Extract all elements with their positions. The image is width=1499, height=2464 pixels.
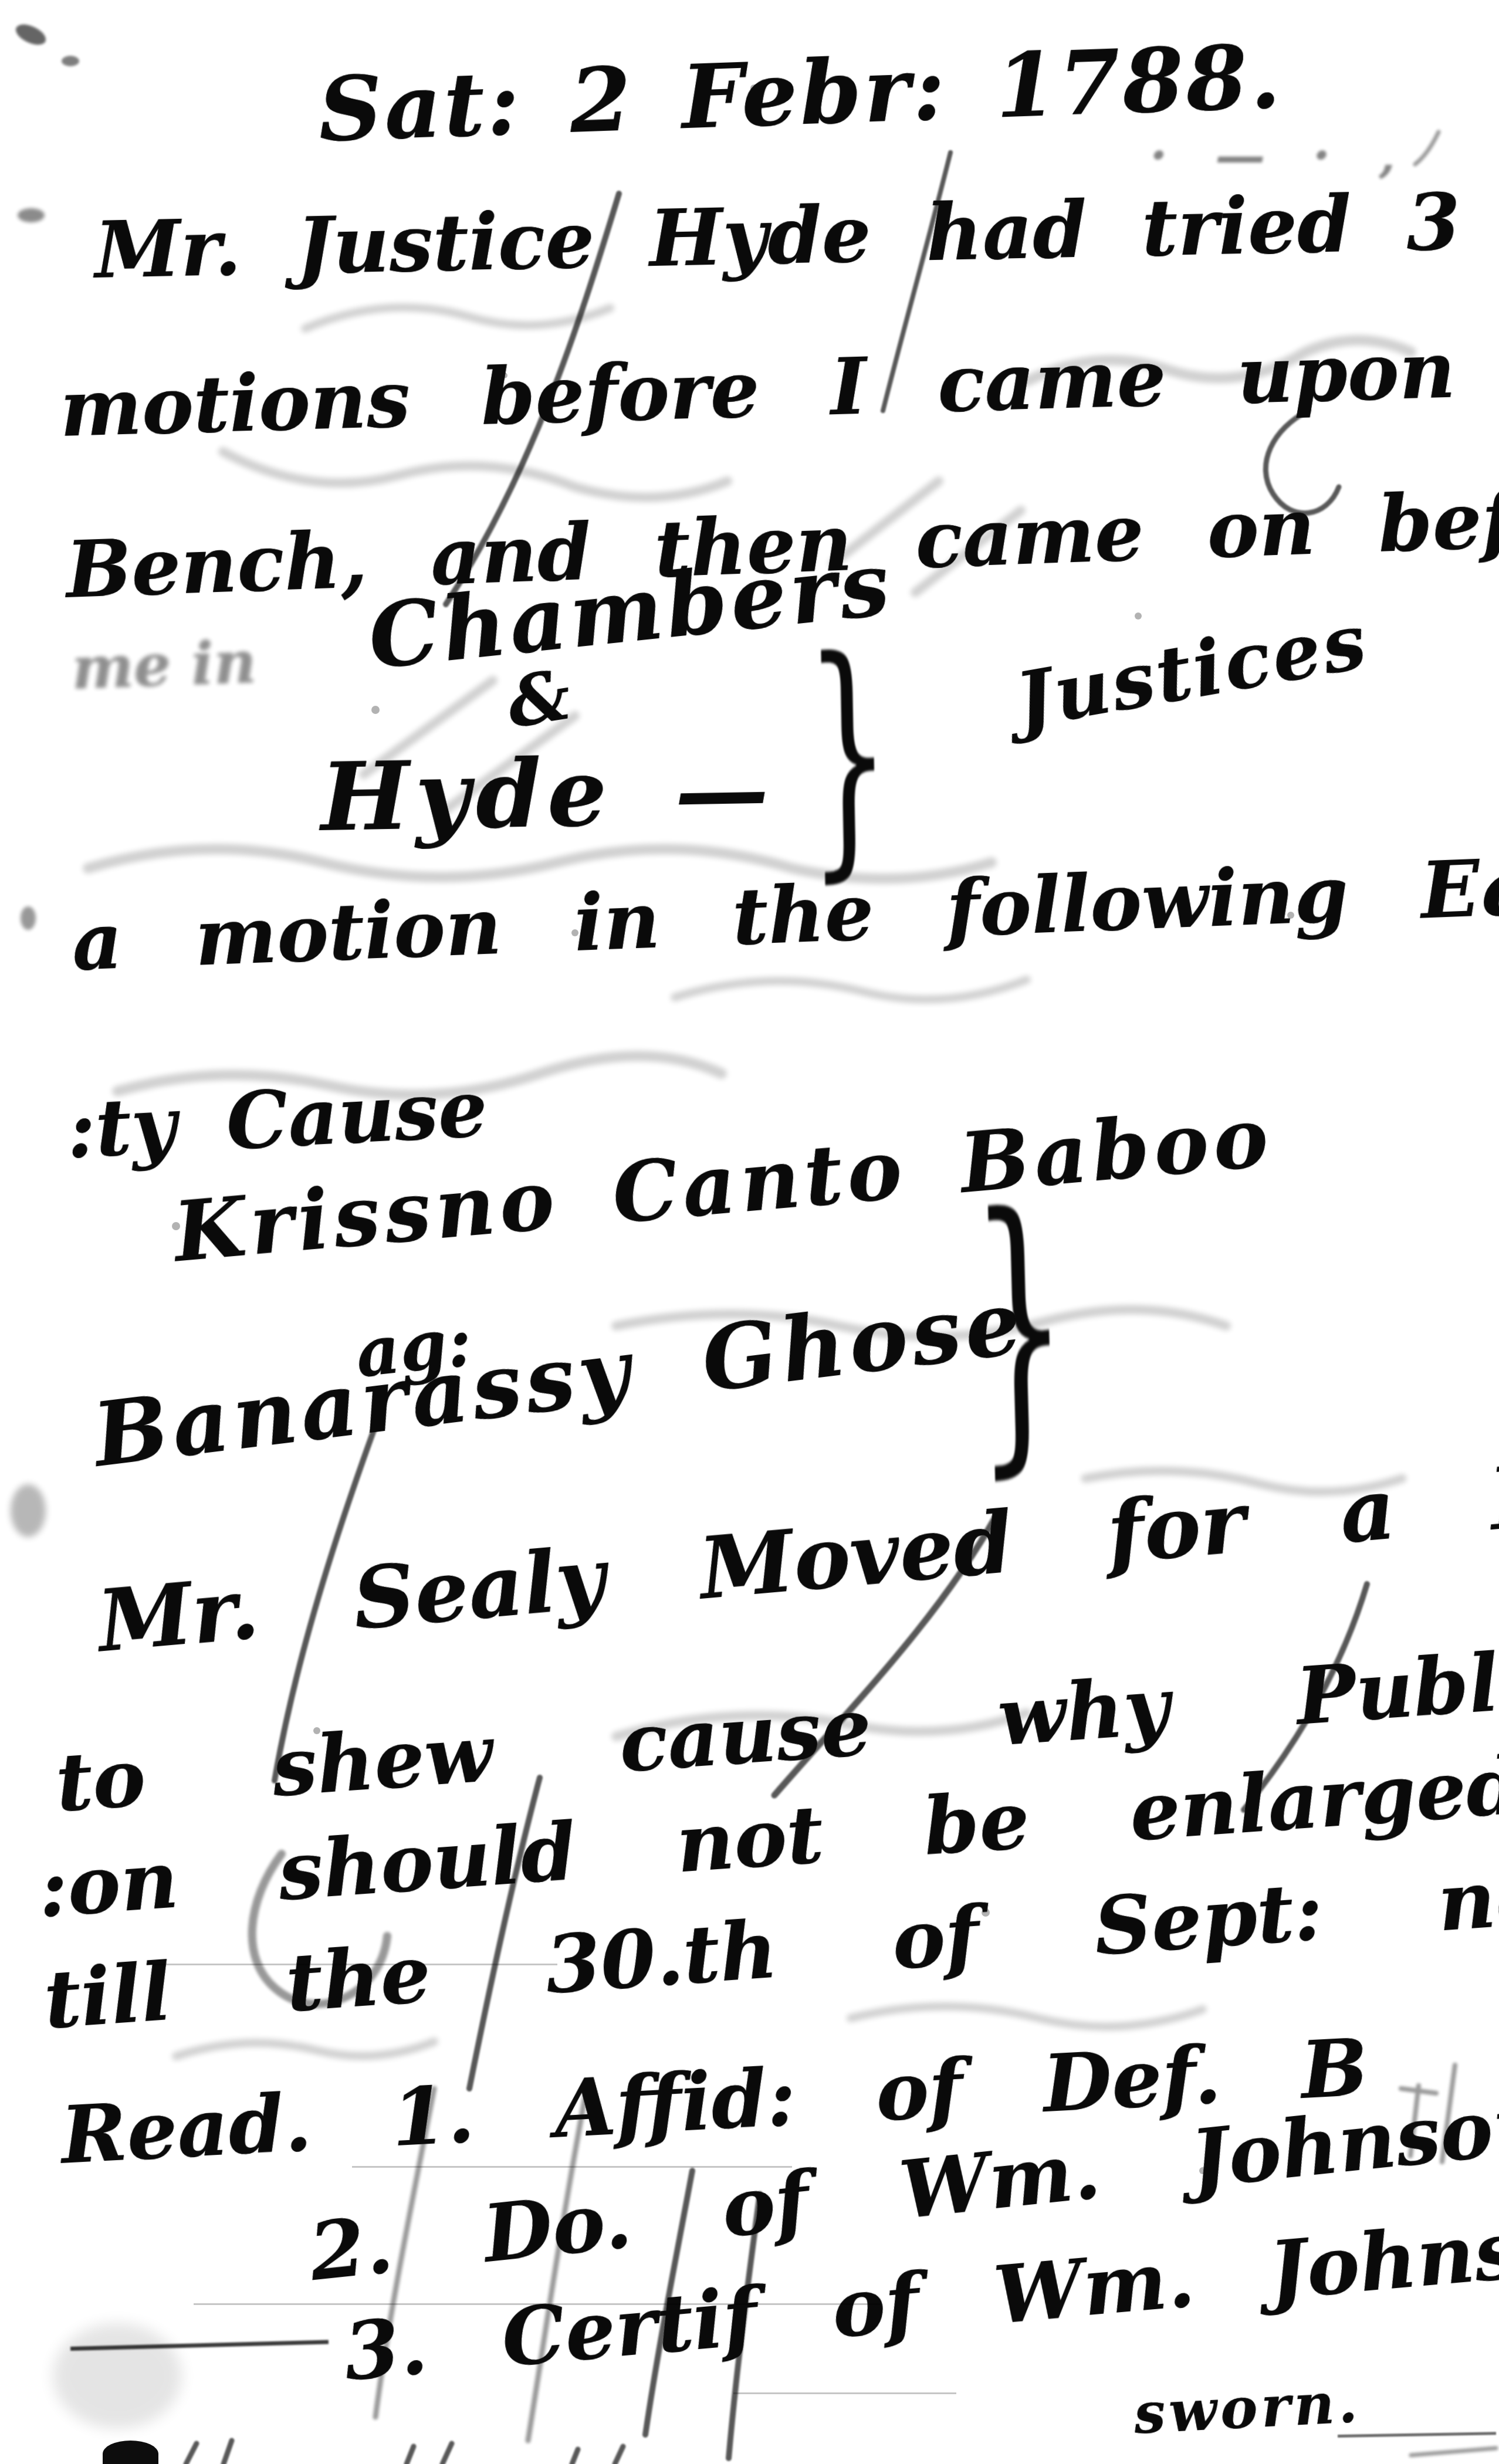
ampersand-mark: & xyxy=(502,653,576,743)
ink-smudge xyxy=(18,208,45,222)
ink-blot xyxy=(103,2441,158,2464)
sworn-note: sworn. xyxy=(1132,2370,1362,2447)
scan-artifact-line xyxy=(733,2392,956,2394)
scan-artifact-line xyxy=(194,2303,880,2305)
scan-artifact-line xyxy=(147,1964,557,1965)
paper-grain-shadow xyxy=(53,2323,182,2429)
heading-ink-flourish: · — · ‚ xyxy=(1150,126,1411,185)
manuscript-page: Sat: 2 Febr: 1788. · — · ‚ Mr. Justice H… xyxy=(0,0,1499,2464)
ink-smudge xyxy=(21,906,36,930)
ink-blot xyxy=(62,56,79,66)
ink-smudge xyxy=(11,1484,46,1537)
judge-name: Hyde — xyxy=(320,735,776,852)
scan-artifact-line xyxy=(352,2166,792,2168)
curly-brace-cause: } xyxy=(968,1149,1072,1507)
curly-brace-justices: } xyxy=(804,604,893,906)
faint-marginal-words: me in xyxy=(70,627,258,703)
